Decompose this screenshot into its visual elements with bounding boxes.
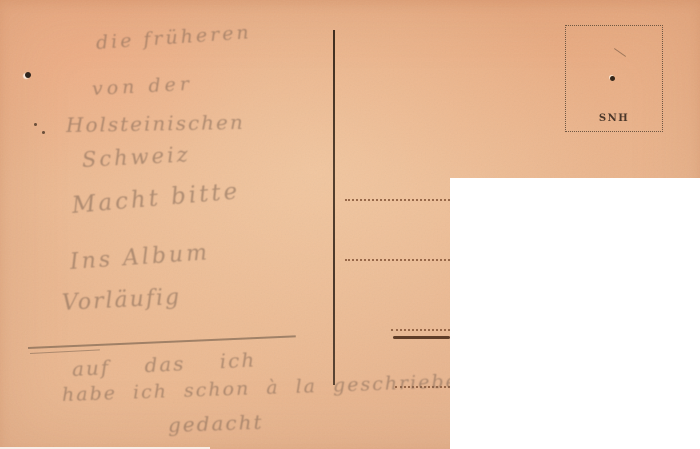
stamp-box: SNH: [565, 25, 663, 132]
handwriting-underline: [28, 335, 296, 348]
handwriting-line: Ins Album: [69, 240, 211, 275]
handwriting-line: auf das ich: [71, 347, 256, 381]
paper-speck: [42, 131, 45, 134]
handwriting-line: die früheren: [95, 21, 252, 54]
paper-speck: [34, 123, 37, 126]
address-solid-line: [393, 336, 450, 339]
paper-hole: [25, 72, 31, 78]
postcard-scan: SNH die früheren von der Holsteinischen …: [0, 0, 700, 449]
handwriting-line: von der: [91, 73, 193, 100]
stamp-box-hole: [610, 76, 615, 81]
address-dotted-line: [391, 329, 450, 331]
scan-cutout-region: [450, 178, 700, 449]
address-dotted-line: [345, 199, 450, 201]
handwriting-line: gedacht: [168, 410, 264, 437]
handwriting-line: Schweiz: [81, 142, 191, 172]
handwriting-line: Holsteinischen: [66, 110, 245, 137]
message-address-divider-line: [333, 30, 335, 385]
address-dotted-line: [345, 259, 450, 261]
stamp-box-label: SNH: [599, 113, 629, 131]
handwriting-underline: [30, 349, 100, 354]
handwriting-line: Vorläufig: [61, 285, 181, 316]
handwriting-line: Macht bitte: [71, 178, 241, 219]
